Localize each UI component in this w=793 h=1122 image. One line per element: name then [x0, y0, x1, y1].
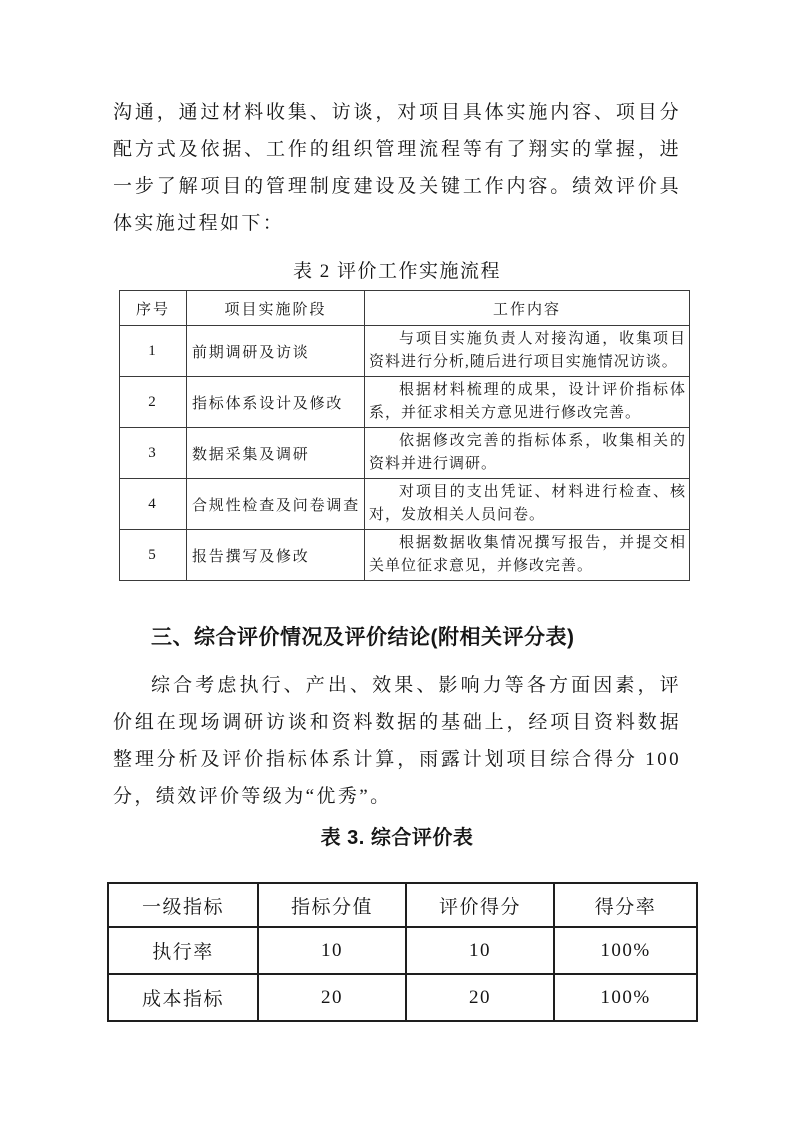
- table-row: 4 合规性检查及问卷调查 对项目的支出凭证、材料进行检查、核对，发放相关人员问卷…: [120, 479, 690, 530]
- table3-row2-eval-score: 20: [406, 974, 554, 1021]
- intro-paragraph: 沟通，通过材料收集、访谈，对项目具体实施内容、项目分配方式及依据、工作的组织管理…: [113, 94, 681, 242]
- table2-row3-no: 3: [120, 428, 187, 479]
- table3-caption: 表 3. 综合评价表: [113, 821, 681, 850]
- table3-header-indicator: 一级指标: [108, 883, 258, 927]
- table3-header-row: 一级指标 指标分值 评价得分 得分率: [108, 883, 697, 927]
- table2-header-row: 序号 项目实施阶段 工作内容: [120, 291, 690, 326]
- table3-header-eval-score: 评价得分: [406, 883, 554, 927]
- table3-row1-score-value: 10: [258, 927, 406, 974]
- table2-row4-no: 4: [120, 479, 187, 530]
- table3-header-score-value: 指标分值: [258, 883, 406, 927]
- table2-row3-stage: 数据采集及调研: [187, 428, 365, 479]
- conclusion-paragraph: 综合考虑执行、产出、效果、影响力等各方面因素，评价组在现场调研访谈和资料数据的基…: [113, 667, 681, 815]
- table-row: 2 指标体系设计及修改 根据材料梳理的成果，设计评价指标体系，并征求相关方意见进…: [120, 377, 690, 428]
- table3-row1-eval-score: 10: [406, 927, 554, 974]
- table2-row5-stage: 报告撰写及修改: [187, 530, 365, 581]
- table2-row5-no: 5: [120, 530, 187, 581]
- table3-header-score-rate: 得分率: [554, 883, 697, 927]
- table2-row2-content: 根据材料梳理的成果，设计评价指标体系，并征求相关方意见进行修改完善。: [365, 377, 690, 428]
- table2-row3-content: 依据修改完善的指标体系，收集相关的资料并进行调研。: [365, 428, 690, 479]
- table2-caption: 表 2 评价工作实施流程: [113, 256, 681, 283]
- table-row: 5 报告撰写及修改 根据数据收集情况撰写报告，并提交相关单位征求意见，并修改完善…: [120, 530, 690, 581]
- table2-row4-content: 对项目的支出凭证、材料进行检查、核对，发放相关人员问卷。: [365, 479, 690, 530]
- table2-header-stage: 项目实施阶段: [187, 291, 365, 326]
- table2-row1-content: 与项目实施负责人对接沟通，收集项目资料进行分析,随后进行项目实施情况访谈。: [365, 326, 690, 377]
- table-row: 3 数据采集及调研 依据修改完善的指标体系，收集相关的资料并进行调研。: [120, 428, 690, 479]
- table-row: 1 前期调研及访谈 与项目实施负责人对接沟通，收集项目资料进行分析,随后进行项目…: [120, 326, 690, 377]
- table2-header-no: 序号: [120, 291, 187, 326]
- table3-row2-score-rate: 100%: [554, 974, 697, 1021]
- table-row: 执行率 10 10 100%: [108, 927, 697, 974]
- section-heading: 三、综合评价情况及评价结论(附相关评分表): [151, 621, 681, 651]
- table3-row1-indicator: 执行率: [108, 927, 258, 974]
- table3-row2-score-value: 20: [258, 974, 406, 1021]
- table2-row2-stage: 指标体系设计及修改: [187, 377, 365, 428]
- table2-row1-no: 1: [120, 326, 187, 377]
- table2-evaluation-process: 序号 项目实施阶段 工作内容 1 前期调研及访谈 与项目实施负责人对接沟通，收集…: [119, 290, 690, 581]
- table2-row4-stage: 合规性检查及问卷调查: [187, 479, 365, 530]
- table2-row2-no: 2: [120, 377, 187, 428]
- table2-header-content: 工作内容: [365, 291, 690, 326]
- document-page: 沟通，通过材料收集、访谈，对项目具体实施内容、项目分配方式及依据、工作的组织管理…: [0, 0, 793, 1122]
- table-row: 成本指标 20 20 100%: [108, 974, 697, 1021]
- table3-comprehensive-evaluation: 一级指标 指标分值 评价得分 得分率 执行率 10 10 100% 成本指标 2…: [107, 882, 698, 1022]
- table3-row1-score-rate: 100%: [554, 927, 697, 974]
- table3-row2-indicator: 成本指标: [108, 974, 258, 1021]
- table2-row5-content: 根据数据收集情况撰写报告，并提交相关单位征求意见，并修改完善。: [365, 530, 690, 581]
- table2-row1-stage: 前期调研及访谈: [187, 326, 365, 377]
